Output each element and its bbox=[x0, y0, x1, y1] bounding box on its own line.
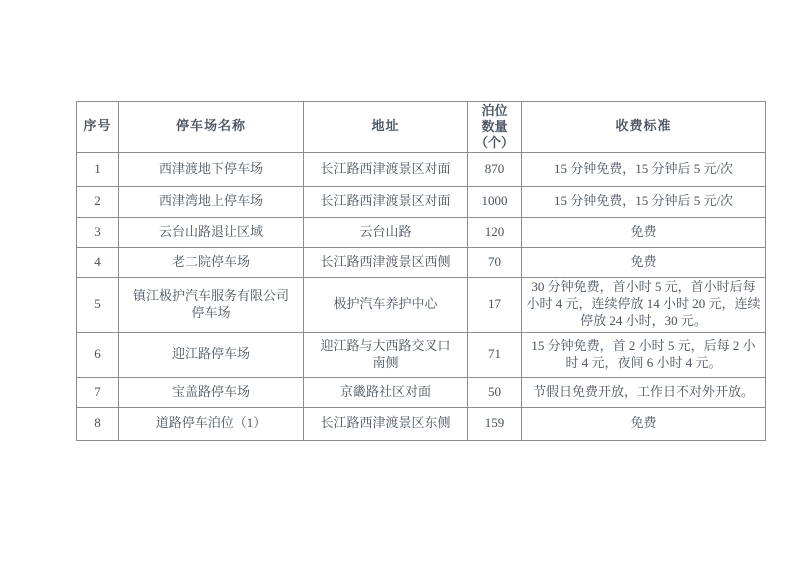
table-row: 2 西津湾地上停车场 长江路西津渡景区对面 1000 15 分钟免费，15 分钟… bbox=[77, 186, 766, 217]
row-3-berths: 120 bbox=[468, 217, 522, 247]
row-7-address: 京畿路社区对面 bbox=[304, 377, 468, 407]
row-6-address: 迎江路与大西路交叉口 南侧 bbox=[304, 332, 468, 377]
row-4-address: 长江路西津渡景区西侧 bbox=[304, 247, 468, 277]
row-6-berths: 71 bbox=[468, 332, 522, 377]
row-4-no: 4 bbox=[77, 247, 119, 277]
header-berths: 泊位 数量 （个） bbox=[468, 102, 522, 153]
table-row: 3 云台山路退让区域 云台山路 120 免费 bbox=[77, 217, 766, 247]
header-address: 地址 bbox=[304, 102, 468, 153]
row-2-name: 西津湾地上停车场 bbox=[119, 186, 304, 217]
header-name: 停车场名称 bbox=[119, 102, 304, 153]
row-7-name: 宝盖路停车场 bbox=[119, 377, 304, 407]
row-8-berths: 159 bbox=[468, 407, 522, 440]
row-2-berths: 1000 bbox=[468, 186, 522, 217]
parking-fee-table: 序号 停车场名称 地址 泊位 数量 （个） 收费标准 1 西津渡地下停车场 长江… bbox=[76, 101, 766, 441]
table-row: 7 宝盖路停车场 京畿路社区对面 50 节假日免费开放，工作日不对外开放。 bbox=[77, 377, 766, 407]
table-row: 1 西津渡地下停车场 长江路西津渡景区对面 870 15 分钟免费，15 分钟后… bbox=[77, 152, 766, 186]
header-fee: 收费标准 bbox=[522, 102, 766, 153]
row-2-address: 长江路西津渡景区对面 bbox=[304, 186, 468, 217]
document-page: 序号 停车场名称 地址 泊位 数量 （个） 收费标准 1 西津渡地下停车场 长江… bbox=[0, 0, 800, 565]
row-6-fee: 15 分钟免费，首 2 小时 5 元，后每 2 小时 4 元，夜间 6 小时 4… bbox=[522, 332, 766, 377]
row-1-no: 1 bbox=[77, 152, 119, 186]
row-5-name: 镇江极护汽车服务有限公司 停车场 bbox=[119, 277, 304, 332]
header-no: 序号 bbox=[77, 102, 119, 153]
table-row: 8 道路停车泊位（1） 长江路西津渡景区东侧 159 免费 bbox=[77, 407, 766, 440]
row-8-name: 道路停车泊位（1） bbox=[119, 407, 304, 440]
row-8-fee: 免费 bbox=[522, 407, 766, 440]
row-6-name: 迎江路停车场 bbox=[119, 332, 304, 377]
row-1-fee: 15 分钟免费，15 分钟后 5 元/次 bbox=[522, 152, 766, 186]
row-5-no: 5 bbox=[77, 277, 119, 332]
row-7-no: 7 bbox=[77, 377, 119, 407]
row-4-fee: 免费 bbox=[522, 247, 766, 277]
table-row: 4 老二院停车场 长江路西津渡景区西侧 70 免费 bbox=[77, 247, 766, 277]
table-row: 6 迎江路停车场 迎江路与大西路交叉口 南侧 71 15 分钟免费，首 2 小时… bbox=[77, 332, 766, 377]
row-3-name: 云台山路退让区域 bbox=[119, 217, 304, 247]
row-5-address: 极护汽车养护中心 bbox=[304, 277, 468, 332]
row-6-no: 6 bbox=[77, 332, 119, 377]
row-8-no: 8 bbox=[77, 407, 119, 440]
row-5-fee: 30 分钟免费，首小时 5 元，首小时后每小时 4 元，连续停放 14 小时 2… bbox=[522, 277, 766, 332]
table-header-row: 序号 停车场名称 地址 泊位 数量 （个） 收费标准 bbox=[77, 102, 766, 153]
table-row: 5 镇江极护汽车服务有限公司 停车场 极护汽车养护中心 17 30 分钟免费，首… bbox=[77, 277, 766, 332]
row-7-berths: 50 bbox=[468, 377, 522, 407]
row-8-address: 长江路西津渡景区东侧 bbox=[304, 407, 468, 440]
row-4-berths: 70 bbox=[468, 247, 522, 277]
row-5-berths: 17 bbox=[468, 277, 522, 332]
row-1-name: 西津渡地下停车场 bbox=[119, 152, 304, 186]
row-2-fee: 15 分钟免费，15 分钟后 5 元/次 bbox=[522, 186, 766, 217]
row-2-no: 2 bbox=[77, 186, 119, 217]
row-3-no: 3 bbox=[77, 217, 119, 247]
row-3-fee: 免费 bbox=[522, 217, 766, 247]
row-7-fee: 节假日免费开放，工作日不对外开放。 bbox=[522, 377, 766, 407]
row-1-berths: 870 bbox=[468, 152, 522, 186]
row-1-address: 长江路西津渡景区对面 bbox=[304, 152, 468, 186]
row-3-address: 云台山路 bbox=[304, 217, 468, 247]
row-4-name: 老二院停车场 bbox=[119, 247, 304, 277]
